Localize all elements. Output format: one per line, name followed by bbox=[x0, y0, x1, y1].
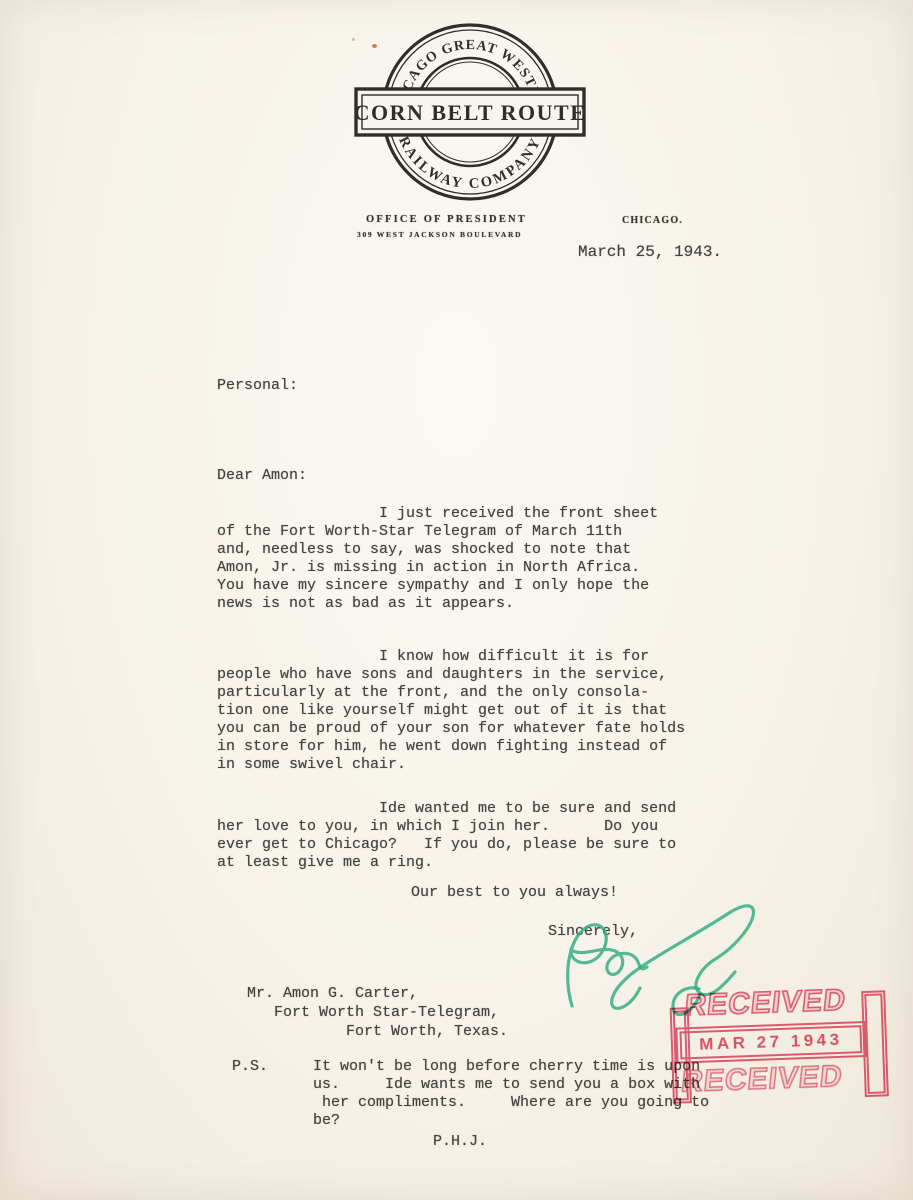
stamp-date-box: MAR 27 1943 bbox=[675, 1021, 866, 1064]
letter-page: CHICAGO GREAT WESTERN RAILWAY COMPANY CO… bbox=[0, 0, 913, 1200]
letter-date: March 25, 1943. bbox=[578, 243, 722, 261]
sender-initials: P.H.J. bbox=[433, 1133, 487, 1151]
stamp-left-bracket bbox=[670, 1007, 692, 1104]
paper-speck bbox=[352, 38, 355, 41]
postscript: P.S. It won't be long before cherry time… bbox=[232, 1058, 709, 1130]
recipient-address: Mr. Amon G. Carter, Fort Worth Star-Tele… bbox=[247, 984, 508, 1041]
office-of-president-line: OFFICE OF PRESIDENT bbox=[366, 214, 527, 225]
logo-banner-text: CORN BELT ROUTE bbox=[354, 100, 587, 125]
logo-arc-bottom-text: RAILWAY COMPANY bbox=[395, 134, 545, 192]
stamp-date: MAR 27 1943 bbox=[699, 1030, 843, 1055]
stamp-word-bottom: RECEIVED bbox=[679, 1060, 844, 1100]
paragraph-2: I know how difficult it is for people wh… bbox=[217, 648, 685, 774]
paper-speck bbox=[372, 44, 377, 48]
received-stamp: RECEIVED MAR 27 1943 RECEIVED bbox=[668, 984, 892, 1106]
salutation: Dear Amon: bbox=[217, 467, 307, 485]
corn-belt-route-logo: CHICAGO GREAT WESTERN RAILWAY COMPANY CO… bbox=[346, 18, 594, 210]
stamp-right-bracket bbox=[861, 990, 889, 1097]
city-line: CHICAGO. bbox=[622, 215, 683, 226]
personal-label: Personal: bbox=[217, 377, 298, 395]
paragraph-1: I just received the front sheet of the F… bbox=[217, 505, 658, 613]
stamp-word-top: RECEIVED bbox=[683, 984, 848, 1023]
street-address-line: 309 WEST JACKSON BOULEVARD bbox=[357, 230, 522, 239]
paragraph-3: Ide wanted me to be sure and send her lo… bbox=[217, 800, 676, 872]
